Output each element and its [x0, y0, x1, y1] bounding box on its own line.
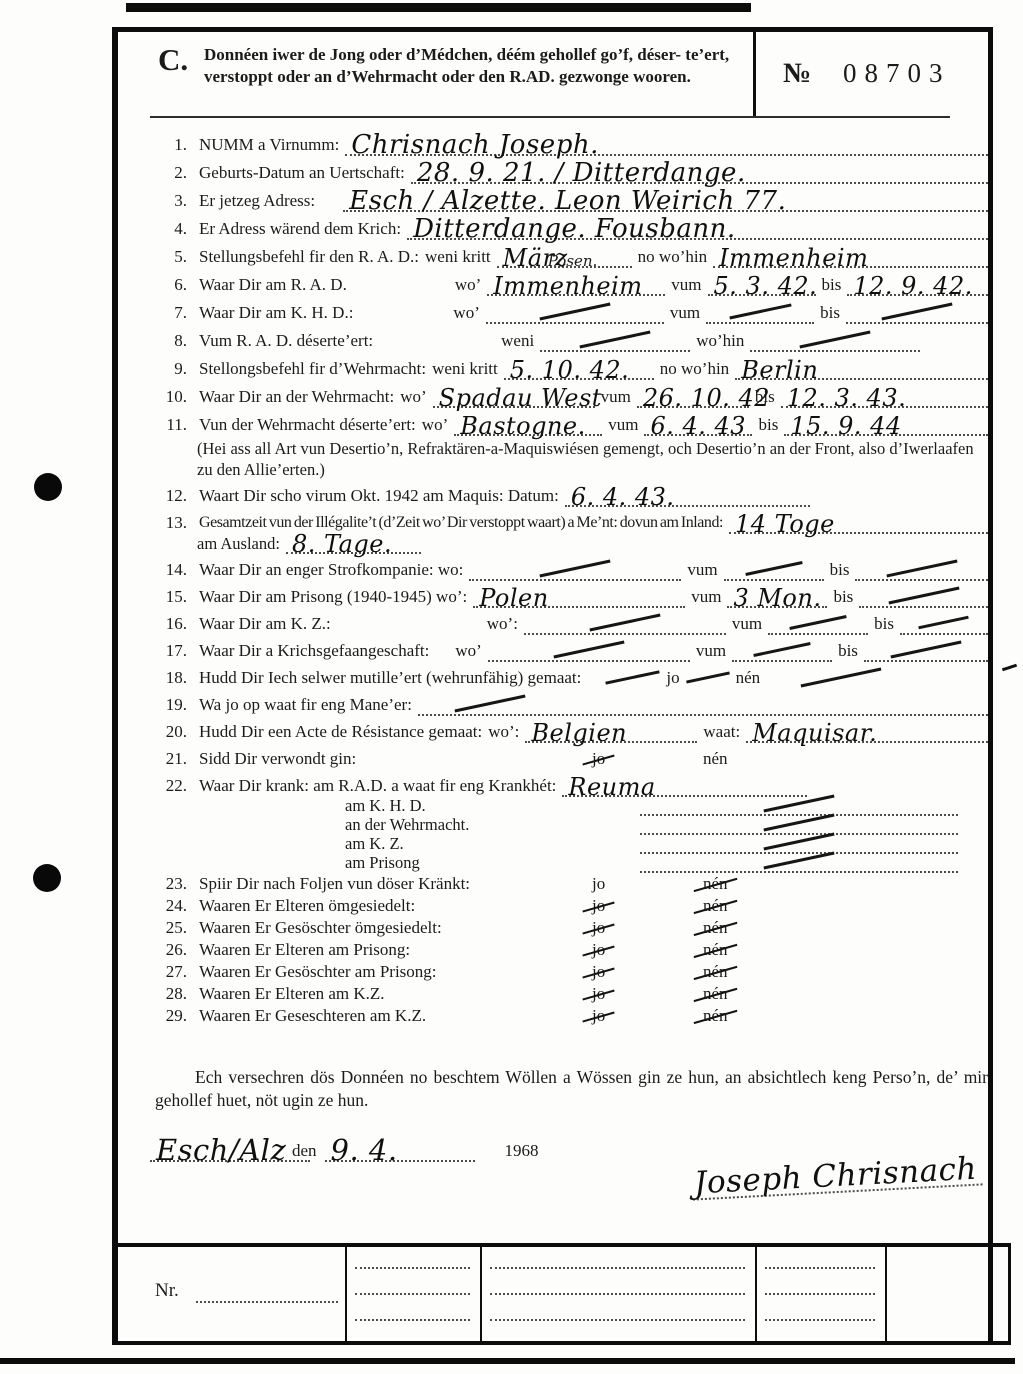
dotted-line [490, 1293, 745, 1295]
strike-mark [763, 852, 834, 870]
field-label: Vum R. A. D. déserte’ert: [199, 332, 373, 352]
field-label: NUMM a Virnumm: [199, 136, 339, 156]
header-divider [753, 32, 756, 117]
field-label: Hudd Dir Iech selwer mutille’ert (wehrun… [199, 669, 581, 689]
field-label: wo’ [400, 388, 426, 408]
strike-mark [886, 560, 957, 578]
field-label: Waaren Er Elteren am K.Z. [199, 985, 385, 1005]
item-number: 11. [155, 416, 187, 436]
filled-field: Polen [473, 581, 685, 608]
filled-field: 28. 9. 21. / Ditterdange. [411, 157, 988, 184]
item-number: 19. [155, 696, 187, 716]
date-field: 9. 4. [325, 1130, 475, 1162]
field-label: weni kritt [425, 248, 491, 268]
option-nen: nén [736, 669, 761, 689]
item-number: 10. [155, 388, 187, 408]
handwritten-entry: Immenheim [493, 277, 642, 296]
item-number: 16. [155, 615, 187, 635]
form-row: 8.Vum R. A. D. déserte’ert:weniwo’hin [155, 324, 988, 352]
field-label: vum [691, 588, 721, 608]
nr-label: Nr. [155, 1280, 179, 1302]
filled-field: 14 Toge [729, 507, 988, 534]
handwritten-entry: 12. 9. 42. [853, 277, 973, 296]
frame-left-border [112, 27, 118, 1345]
item-number: 12. [155, 487, 187, 507]
field-label: wo’ [422, 416, 448, 436]
handwritten-entry: Ditterdange. Fousbann. [413, 219, 736, 240]
dotted-line [765, 1267, 875, 1269]
filled-field: Berlin [735, 353, 988, 380]
form-row: 1.NUMM a Virnumm:Chrisnach Joseph. [155, 128, 988, 156]
item-number: 9. [155, 360, 187, 380]
option-jo: jo [592, 919, 605, 937]
strike-mark [789, 615, 846, 630]
option-jo: jo [592, 963, 605, 981]
field-label: vum [687, 561, 717, 581]
filled-field: 12. 3. 43. [781, 381, 988, 408]
item-number: 21. [155, 750, 187, 770]
form-row: 20.Hudd Dir een Acte de Résistance gemaa… [155, 716, 988, 743]
filled-field: Belgien [525, 716, 697, 743]
field-label: bis [833, 588, 853, 608]
form-row: 24.Waaren Er Elteren ömgesiedelt:jonén [155, 895, 988, 917]
strike-mark [881, 303, 952, 321]
form-row: 12.Waart Dir scho virum Okt. 1942 am Maq… [155, 480, 988, 507]
form-header: C. Donnéen iwer de Jong oder d’Médchen, … [118, 32, 988, 117]
strike-mark [580, 331, 651, 349]
blank-field [469, 554, 681, 581]
blank-field [768, 608, 868, 635]
place-field: Esch/Alz [150, 1130, 310, 1162]
strike-mark [890, 641, 961, 659]
handwritten-entry: Immenheim [719, 249, 868, 268]
table-column-line [345, 1247, 347, 1341]
form-row: 14.Waar Dir an enger Strofkompanie: wo:v… [155, 554, 988, 581]
item-number: 13. [155, 514, 187, 534]
frame-right-border [988, 27, 993, 1345]
handwritten-entry: Esch / Alzette. Leon Weirich 77. [349, 191, 786, 212]
option-nen: nén [703, 963, 728, 981]
field-label: Waaren Er Elteren am Prisong: [199, 941, 410, 961]
field-label: vum [601, 388, 631, 408]
field-label: vum [732, 615, 762, 635]
field-label: bis [874, 615, 894, 635]
item-number: 14. [155, 561, 187, 581]
dotted-line [196, 1301, 338, 1303]
field-label: am Ausland: [197, 535, 280, 554]
handwritten-superscript: Posen. [548, 254, 598, 269]
handwritten-entry: Bastogne. [460, 417, 586, 436]
form-row: 23.Spiir Dir nach Foljen vun döser Kränk… [155, 873, 988, 895]
form-row: 25.Waaren Er Gesöschter ömgesiedelt:joné… [155, 917, 988, 939]
filled-field: 12. 9. 42. [847, 269, 988, 296]
table-column-line [755, 1247, 757, 1341]
filled-field: Chrisnach Joseph. [345, 129, 988, 156]
field-label: vum [608, 416, 638, 436]
field-label: Gesamtzeit vun der Illégalite’t (d’Zeit … [199, 515, 723, 534]
blank-field [488, 635, 690, 662]
blank-field [640, 846, 958, 873]
option-jo: jo [592, 875, 605, 893]
filled-field: Posen.Immenheim [487, 269, 665, 296]
form-row: 7.Waar Dir am K. H. D.:wo’vumbis [155, 296, 988, 324]
field-label: Wa jo op waat fir eng Mane’er: [199, 696, 412, 716]
handwritten-entry: 26. 10. 42 [643, 389, 770, 408]
handwritten-entry: Polen [479, 589, 548, 608]
form-body: 1.NUMM a Virnumm:Chrisnach Joseph.2.Gebu… [155, 128, 988, 1027]
dotted-line [490, 1319, 745, 1321]
note-row: (Hei ass all Art vun Desertio’n, Refrakt… [155, 436, 988, 480]
form-row: am Prisong [155, 854, 988, 873]
item-number: 20. [155, 723, 187, 743]
field-label: Waar Dir krank: am R.A.D. a waat fir eng… [199, 777, 556, 797]
field-label: Er Adress wärend dem Krich: [199, 220, 401, 240]
form-row: 13.Gesamtzeit vun der Illégalite’t (d’Ze… [155, 507, 988, 534]
header-rule [150, 116, 950, 118]
filled-field: Bastogne. [454, 409, 602, 436]
handwritten-entry: 15. 9. 44 [790, 417, 901, 436]
field-label: Er jetzeg Adress: [199, 192, 315, 212]
handwritten-entry: 28. 9. 21. / Ditterdange. [417, 163, 746, 184]
form-row: 6.Waar Dir am R. A. D.wo’Posen.Immenheim… [155, 268, 988, 296]
handwritten-entry: 5. 3. 42. [714, 277, 818, 296]
filled-field: 5. 3. 42. [708, 269, 816, 296]
strike-mark [553, 641, 624, 659]
item-number: 25. [155, 919, 187, 939]
option-nen: nén [703, 1007, 728, 1025]
form-row: 18.Hudd Dir Iech selwer mutille’ert (weh… [155, 662, 988, 689]
item-number: 2. [155, 164, 187, 184]
field-label: wo’hin [696, 332, 744, 352]
item-number: 18. [155, 669, 187, 689]
scan-artifact-right-mark [1002, 664, 1017, 671]
field-label: Vun der Wehrmacht déserte’ert: [199, 416, 416, 436]
header-line-1: Donnéen iwer de Jong oder d’Médchen, déé… [204, 45, 681, 64]
handwritten-entry: 14 Toge [735, 515, 835, 534]
header-title: Donnéen iwer de Jong oder d’Médchen, déé… [204, 44, 749, 88]
field-label: bis [820, 304, 840, 324]
filled-field: 8. Tage. [286, 527, 421, 554]
field-label: Waaren Er Gesöschter am Prisong: [199, 963, 437, 983]
signature-line: Joseph Chrisnach [691, 1156, 982, 1200]
field-label: Sidd Dir verwondt gin: [199, 750, 356, 770]
item-number: 6. [155, 276, 187, 296]
field-label: Waar Dir an der Wehrmacht: [199, 388, 394, 408]
field-label: bis [838, 642, 858, 662]
item-number: 27. [155, 963, 187, 983]
filled-field: 6. 4. 43 [644, 409, 752, 436]
item-number: 5. [155, 248, 187, 268]
strike-mark [454, 695, 525, 713]
option-jo: jo [592, 750, 605, 768]
filled-field: Maquisar. [746, 716, 988, 743]
strike-mark [540, 560, 611, 578]
field-label: Waaren Er Elteren ömgesiedelt: [199, 897, 415, 917]
handwritten-signature: Joseph Chrisnach [693, 1151, 978, 1202]
blank-field [900, 608, 988, 635]
strike-mark [686, 671, 730, 683]
strike-mark [539, 303, 610, 321]
handwritten-entry: 3 Mon. [733, 589, 821, 608]
field-label: no wo’hin [660, 360, 729, 380]
field-label: Waar Dir an enger Strofkompanie: wo: [199, 561, 463, 581]
field-label: wo’ [453, 304, 479, 324]
section-letter: C. [158, 42, 188, 78]
filled-field: Ditterdange. Fousbann. [407, 213, 988, 240]
field-label: wo’: [487, 615, 518, 635]
field-label: bis [758, 416, 778, 436]
punch-hole [34, 473, 62, 501]
strike-mark [606, 670, 660, 684]
blank-field [864, 635, 988, 662]
item-number: 4. [155, 220, 187, 240]
item-number: 15. [155, 588, 187, 608]
field-label: vum [670, 304, 700, 324]
strike-mark [801, 668, 882, 688]
filled-field: 15. 9. 44 [784, 409, 988, 436]
field-label: Waaren Er Gesöschter ömgesiedelt: [199, 919, 442, 939]
dotted-line [765, 1293, 875, 1295]
field-label: bis [830, 561, 850, 581]
field-label: wo’ [455, 642, 481, 662]
handwritten-entry: Belgien [531, 724, 627, 743]
form-row: 15.Waar Dir am Prisong (1940-1945) wo’:P… [155, 581, 988, 608]
punch-hole [33, 864, 61, 892]
strike-mark [919, 616, 970, 630]
strike-mark [589, 614, 660, 632]
form-row: 26.Waaren Er Elteren am Prisong:jonén [155, 939, 988, 961]
blank-field [855, 554, 988, 581]
blank-field [706, 297, 814, 324]
item-number: 24. [155, 897, 187, 917]
strike-mark [753, 642, 810, 657]
filled-field: 3 Mon. [727, 581, 827, 608]
numero-sign: № [783, 58, 811, 90]
field-label: no wo’hin [638, 248, 707, 268]
item-number: 28. [155, 985, 187, 1005]
dotted-line [355, 1319, 470, 1321]
item-number: 22. [155, 777, 187, 797]
dotted-line [355, 1293, 470, 1295]
blank-field [524, 608, 726, 635]
year-label: 1968 [505, 1142, 539, 1162]
strike-mark [745, 561, 802, 576]
page-bottom-line [0, 1358, 1015, 1364]
form-row: 11.Vun der Wehrmacht déserte’ert:wo’Bast… [155, 408, 988, 436]
handwritten-entry: 12. 3. 43. [787, 389, 907, 408]
filled-field: Esch / Alzette. Leon Weirich 77. [343, 185, 988, 212]
blank-field [859, 581, 988, 608]
handwritten-entry: 8. Tage. [292, 535, 392, 554]
bottom-registry-table: Nr. [118, 1243, 1011, 1345]
field-label: vum [696, 642, 726, 662]
item-number: 7. [155, 304, 187, 324]
form-row: 21.Sidd Dir verwondt gin:jonén [155, 743, 988, 770]
table-column-line [885, 1247, 887, 1341]
item-number: 29. [155, 1007, 187, 1027]
blank-field [724, 554, 824, 581]
field-label: am Prisong [345, 854, 420, 873]
handwritten-entry: Maquisar. [752, 724, 877, 743]
field-label: Waar Dir am K. H. D.: [199, 304, 353, 324]
field-label: weni [501, 332, 534, 352]
blank-field [418, 689, 988, 716]
strike-mark [800, 331, 871, 349]
option-jo: jo [592, 941, 605, 959]
field-label: vum [671, 276, 701, 296]
option-jo: jo [666, 669, 679, 689]
field-label: Geburts-Datum an Uertschaft: [199, 164, 405, 184]
option-nen: nén [703, 919, 728, 937]
field-label: Waart Dir scho virum Okt. 1942 am Maquis… [199, 487, 559, 507]
form-row: 29.Waaren Er Geseschteren am K.Z.jonén [155, 1005, 988, 1027]
handwritten-date: 9. 4. [331, 1139, 398, 1162]
field-label: Waar Dir a Krichsgefaangeschaft: [199, 642, 429, 662]
handwritten-entry: 6. 4. 43 [650, 417, 746, 436]
option-nen: nén [703, 750, 728, 768]
field-label: Stellongsbefehl fir d’Wehrmacht: [199, 360, 426, 380]
option-nen: nén [703, 897, 728, 915]
handwritten-entry: 5. 10. 42. [510, 361, 630, 380]
date-line: Esch/Alz den 9. 4. 1968 [150, 1120, 539, 1162]
field-label: bis [822, 276, 842, 296]
form-row: 3.Er jetzeg Adress:Esch / Alzette. Leon … [155, 184, 988, 212]
field-label: Stellungsbefehl fir den R. A. D.: [199, 248, 419, 268]
form-note: (Hei ass all Art vun Desertio’n, Refrakt… [155, 438, 988, 480]
option-jo: jo [592, 1007, 605, 1025]
form-row: am Ausland:8. Tage. [155, 534, 988, 554]
scan-artifact-top-bar [126, 3, 751, 12]
field-label: Waar Dir am K. Z.: [199, 615, 331, 635]
filled-field: Immenheim [713, 241, 988, 268]
option-nen: nén [703, 875, 728, 893]
blank-field [732, 635, 832, 662]
option-jo: jo [592, 897, 605, 915]
form-row: 9.Stellongsbefehl fir d’Wehrmacht:weni k… [155, 352, 988, 380]
dotted-line [355, 1267, 470, 1269]
handwritten-entry: 6. 4. 43. [571, 488, 675, 507]
item-number: 17. [155, 642, 187, 662]
field-label: Waar Dir am R. A. D. [199, 276, 347, 296]
header-line-3: wooren. [633, 67, 691, 86]
blank-field [846, 297, 988, 324]
blank-field [750, 325, 920, 352]
handwritten-place: Esch/Alz [156, 1139, 286, 1162]
form-row: 27.Waaren Er Gesöschter am Prisong:jonén [155, 961, 988, 983]
dotted-line [490, 1267, 745, 1269]
item-number: 1. [155, 136, 187, 156]
field-label: Hudd Dir een Acte de Résistance gemaat: [199, 723, 482, 743]
item-number: 26. [155, 941, 187, 961]
field-label: Waaren Er Geseschteren am K.Z. [199, 1007, 426, 1027]
form-row: 10.Waar Dir an der Wehrmacht:wo’Spadau W… [155, 380, 988, 408]
filled-field: 6. 4. 43. [565, 480, 810, 507]
handwritten-entry: Chrisnach Joseph. [351, 135, 599, 156]
option-nen: nén [703, 985, 728, 1003]
filled-field: 26. 10. 42 [637, 381, 749, 408]
field-label: weni kritt [432, 360, 498, 380]
form-row: 2.Geburts-Datum an Uertschaft:28. 9. 21.… [155, 156, 988, 184]
form-row: 17.Waar Dir a Krichsgefaangeschaft:wo’vu… [155, 635, 988, 662]
blank-field [486, 297, 664, 324]
handwritten-entry: Berlin [741, 361, 818, 380]
form-row: 4.Er Adress wärend dem Krich:Ditterdange… [155, 212, 988, 240]
form-row: 19.Wa jo op waat fir eng Mane’er: [155, 689, 988, 716]
field-label: am K. Z. [345, 835, 404, 854]
field-label: am K. H. D. [345, 797, 426, 816]
form-serial-number: 08703 [843, 58, 951, 89]
field-label: wo’ [455, 276, 481, 296]
option-nen: nén [703, 941, 728, 959]
filled-field: 5. 10. 42. [504, 353, 654, 380]
declaration-text: Ech versechren dös Donnéen no beschtem W… [155, 1066, 988, 1112]
field-label: wo’: [488, 723, 519, 743]
item-number: 8. [155, 332, 187, 352]
form-row: 16.Waar Dir am K. Z.:wo’:vumbis [155, 608, 988, 635]
strike-mark [729, 304, 791, 320]
item-number: 23. [155, 875, 187, 895]
field-label: Spiir Dir nach Foljen vun döser Kränkt: [199, 875, 470, 895]
field-label: waat: [703, 723, 740, 743]
dotted-line [765, 1319, 875, 1321]
field-label: Waar Dir am Prisong (1940-1945) wo’: [199, 588, 467, 608]
blank-field [540, 325, 690, 352]
handwritten-entry: Spadau West [439, 389, 602, 408]
item-number: 3. [155, 192, 187, 212]
form-row: 28.Waaren Er Elteren am K.Z.jonén [155, 983, 988, 1005]
table-column-line [480, 1247, 482, 1341]
field-label: an der Wehrmacht. [345, 816, 469, 835]
option-jo: jo [592, 985, 605, 1003]
filled-field: Spadau West [433, 381, 595, 408]
strike-mark [888, 587, 959, 605]
